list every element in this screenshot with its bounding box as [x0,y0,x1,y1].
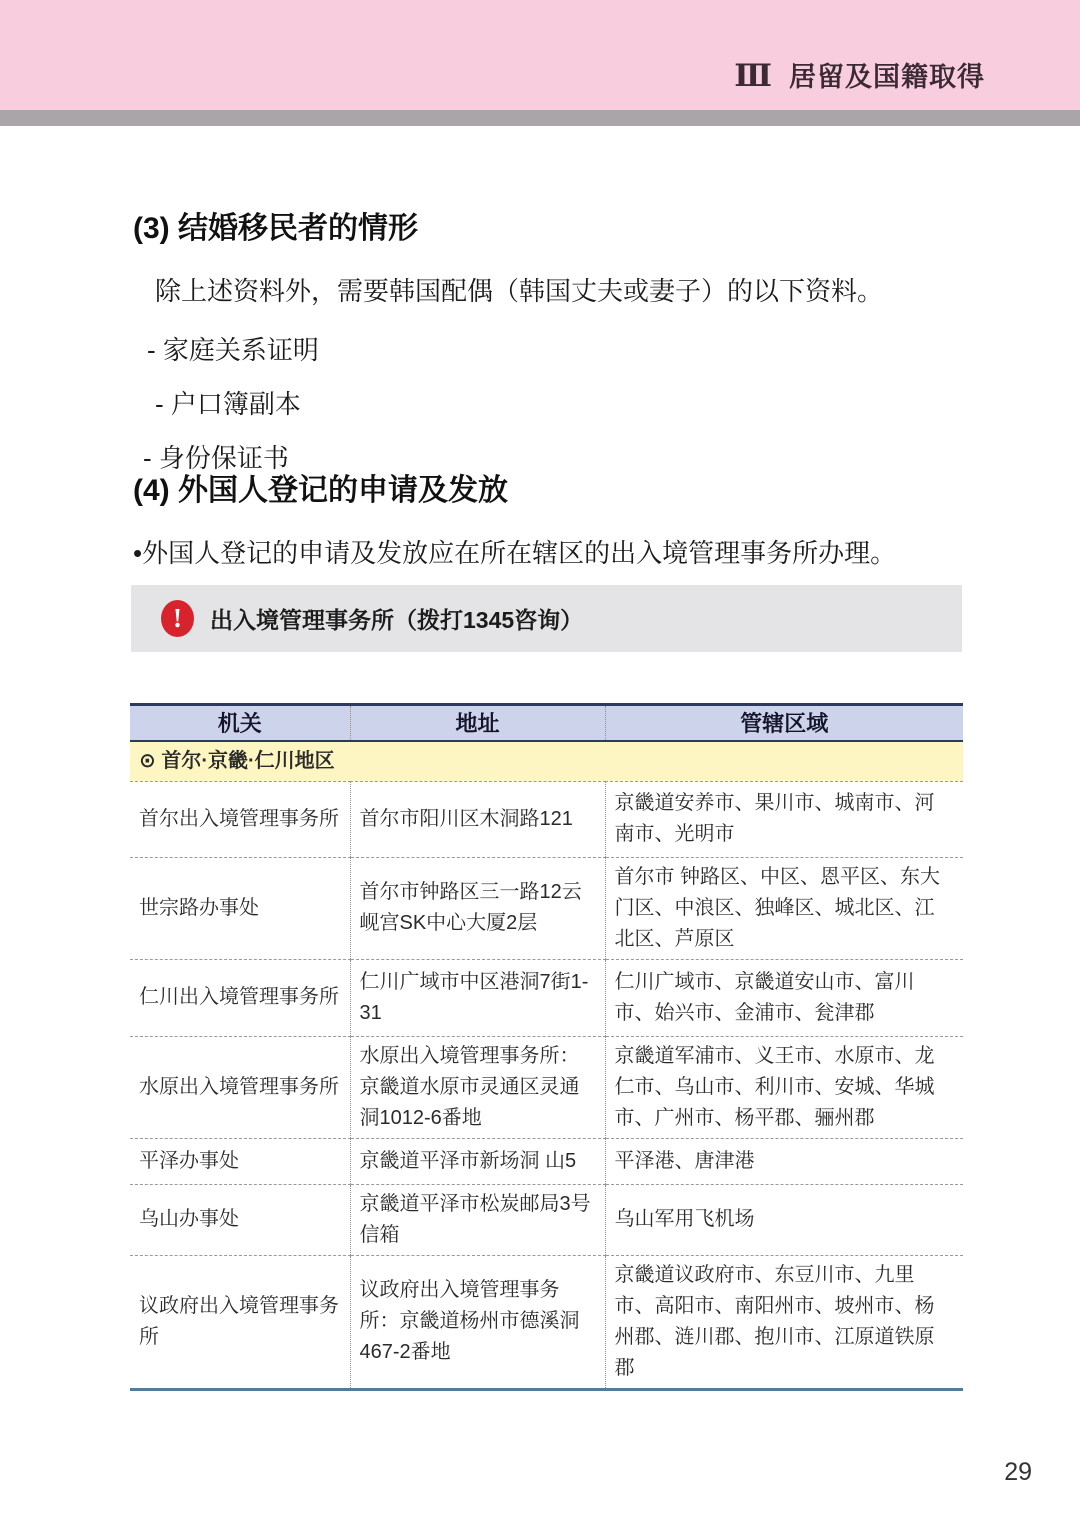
table-row: 平泽办事处 京畿道平泽市新场洞 山5 平泽港、唐津港 [130,1138,963,1184]
org-cell: 乌山办事处 [130,1184,350,1255]
table-row: 乌山办事处 京畿道平泽市松炭邮局3号信箱 乌山军用飞机场 [130,1184,963,1255]
required-documents-list: - 家庭关系证明 - 户口簿副本 - 身份保证书 [133,330,973,475]
chapter-banner: Ⅲ 居留及国籍取得 [0,0,1080,110]
section-foreigner-registration: (4) 外国人登记的申请及发放 •外国人登记的申请及发放应在所在辖区的出入境管理… [133,465,973,570]
region-section-label: ⊙ 首尔·京畿·仁川地区 [130,741,963,782]
region-section-row: ⊙ 首尔·京畿·仁川地区 [130,741,963,782]
section4-heading: (4) 外国人登记的申请及发放 [133,465,973,509]
org-cell: 世宗路办事处 [130,857,350,959]
chapter-roman-numeral: Ⅲ [734,58,773,94]
table-row: 首尔出入境管理事务所 首尔市阳川区木洞路121 京畿道安养市、果川市、城南市、河… [130,781,963,857]
column-header-address: 地址 [350,705,605,741]
chapter-title: Ⅲ 居留及国籍取得 [734,55,985,94]
org-cell: 议政府出入境管理事务所 [130,1255,350,1389]
table-row: 世宗路办事处 首尔市钟路区三一路12云岘宫SK中心大厦2层 首尔市 钟路区、中区… [130,857,963,959]
jurisdiction-cell: 仁川广域市、京畿道安山市、富川市、始兴市、金浦市、瓮津郡 [605,959,963,1036]
chapter-title-text: 居留及国籍取得 [789,55,985,94]
notice-box: ! 出入境管理事务所（拨打1345咨询） [131,585,962,652]
document-page: Ⅲ 居留及国籍取得 (3) 结婚移民者的情形 除上述资料外，需要韩国配偶（韩国丈… [0,0,1080,1533]
page-number: 29 [1004,1458,1032,1487]
section-marriage-immigrant: (3) 结婚移民者的情形 除上述资料外，需要韩国配偶（韩国丈夫或妻子）的以下资料… [133,203,973,492]
exclamation-icon: ! [161,600,194,637]
jurisdiction-cell: 平泽港、唐津港 [605,1138,963,1184]
table-header-row: 机关 地址 管辖区域 [130,705,963,741]
jurisdiction-cell: 首尔市 钟路区、中区、恩平区、东大门区、中浪区、独峰区、城北区、江北区、芦原区 [605,857,963,959]
address-cell: 仁川广域市中区港洞7街1-31 [350,959,605,1036]
column-header-jurisdiction: 管辖区域 [605,705,963,741]
jurisdiction-cell: 京畿道军浦市、义王市、水原市、龙仁市、乌山市、利川市、安城、华城市、广州市、杨平… [605,1036,963,1138]
jurisdiction-cell: 乌山军用飞机场 [605,1184,963,1255]
address-cell: 京畿道平泽市松炭邮局3号信箱 [350,1184,605,1255]
table-row: 议政府出入境管理事务所 议政府出入境管理事务所：京畿道杨州市德溪洞467-2番地… [130,1255,963,1389]
address-cell: 京畿道平泽市新场洞 山5 [350,1138,605,1184]
address-cell: 首尔市阳川区木洞路121 [350,781,605,857]
org-cell: 水原出入境管理事务所 [130,1036,350,1138]
address-cell: 议政府出入境管理事务所：京畿道杨州市德溪洞467-2番地 [350,1255,605,1389]
immigration-offices-table: 机关 地址 管辖区域 ⊙ 首尔·京畿·仁川地区 首尔出入境管理事务所 首尔市阳川… [130,703,963,1391]
org-cell: 首尔出入境管理事务所 [130,781,350,857]
notice-text: 出入境管理事务所（拨打1345咨询） [210,602,583,635]
column-header-org: 机关 [130,705,350,741]
table-row: 水原出入境管理事务所 水原出入境管理事务所：京畿道水原市灵通区灵通洞1012-6… [130,1036,963,1138]
org-cell: 平泽办事处 [130,1138,350,1184]
org-cell: 仁川出入境管理事务所 [130,959,350,1036]
list-item: - 户口簿副本 [155,384,973,421]
jurisdiction-cell: 京畿道安养市、果川市、城南市、河南市、光明市 [605,781,963,857]
list-item: - 家庭关系证明 [147,330,973,367]
section4-bullet: •外国人登记的申请及发放应在所在辖区的出入境管理事务所办理。 [133,533,973,570]
section3-heading: (3) 结婚移民者的情形 [133,203,973,247]
address-cell: 首尔市钟路区三一路12云岘宫SK中心大厦2层 [350,857,605,959]
jurisdiction-cell: 京畿道议政府市、东豆川市、九里市、高阳市、南阳州市、坡州市、杨州郡、涟川郡、抱川… [605,1255,963,1389]
table-row: 仁川出入境管理事务所 仁川广域市中区港洞7街1-31 仁川广域市、京畿道安山市、… [130,959,963,1036]
address-cell: 水原出入境管理事务所：京畿道水原市灵通区灵通洞1012-6番地 [350,1036,605,1138]
section3-intro: 除上述资料外，需要韩国配偶（韩国丈夫或妻子）的以下资料。 [155,271,973,308]
banner-divider [0,110,1080,126]
